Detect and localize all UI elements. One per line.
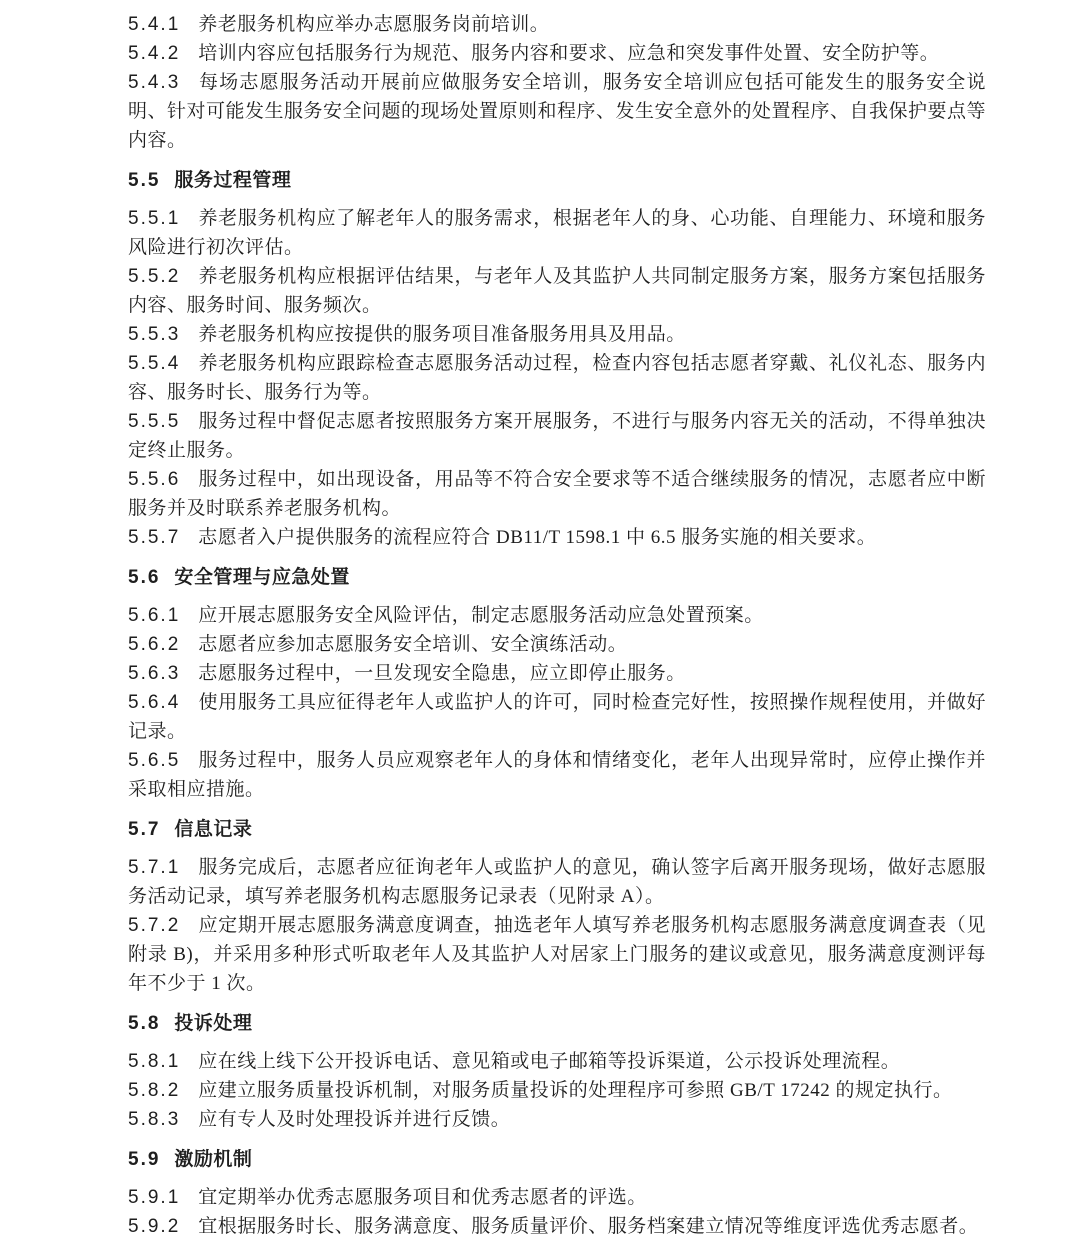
clause-number: 5.4.3 <box>128 72 180 93</box>
clause: 5.6.4使用服务工具应征得老年人或监护人的许可，同时检查完好性，按照操作规程使… <box>128 688 986 746</box>
clause-text: 培训内容应包括服务行为规范、服务内容和要求、应急和突发事件处置、安全防护等。 <box>198 43 939 64</box>
clause-number: 5.5.5 <box>128 411 180 432</box>
clause-number: 5.6.5 <box>128 750 180 771</box>
clause-number: 5.6.4 <box>128 692 180 713</box>
clause-number: 5.5.7 <box>128 527 180 548</box>
clause-text: 宜根据服务时长、服务满意度、服务质量评价、服务档案建立情况等维度评选优秀志愿者。 <box>198 1216 978 1237</box>
clause-text: 应开展志愿服务安全风险评估，制定志愿服务活动应急处置预案。 <box>198 605 764 626</box>
document-content: 5.4.1养老服务机构应举办志愿服务岗前培训。5.4.2培训内容应包括服务行为规… <box>128 10 986 1238</box>
section-heading: 5.5服务过程管理 <box>128 166 986 195</box>
clause-number: 5.5.4 <box>128 353 180 374</box>
clause-number: 5.7.1 <box>128 857 180 878</box>
clause-number: 5.8 <box>128 1013 160 1034</box>
clause: 5.5.1养老服务机构应了解老年人的服务需求，根据老年人的身、心功能、自理能力、… <box>128 204 986 262</box>
clause: 5.6.3志愿服务过程中，一旦发现安全隐患，应立即停止服务。 <box>128 659 986 688</box>
clause-number: 5.5.1 <box>128 208 180 229</box>
clause: 5.5.7志愿者入户提供服务的流程应符合 DB11/T 1598.1 中 6.5… <box>128 523 986 552</box>
clause-text: 养老服务机构应按提供的服务项目准备服务用具及用品。 <box>198 324 686 345</box>
heading-text: 服务过程管理 <box>174 170 291 191</box>
clause-number: 5.9 <box>128 1149 160 1170</box>
clause-text: 使用服务工具应征得老年人或监护人的许可，同时检查完好性，按照操作规程使用，并做好… <box>128 692 986 742</box>
clause: 5.8.2应建立服务质量投诉机制，对服务质量投诉的处理程序可参照 GB/T 17… <box>128 1076 986 1105</box>
heading-text: 安全管理与应急处置 <box>174 567 350 588</box>
clause: 5.4.3每场志愿服务活动开展前应做服务安全培训，服务安全培训应包括可能发生的服… <box>128 68 986 155</box>
clause-number: 5.9.1 <box>128 1187 180 1208</box>
section-heading: 5.6安全管理与应急处置 <box>128 563 986 592</box>
clause-number: 5.5 <box>128 170 160 191</box>
clause-number: 5.8.1 <box>128 1051 180 1072</box>
clause-number: 5.6.1 <box>128 605 180 626</box>
clause: 5.7.1服务完成后，志愿者应征询老年人或监护人的意见，确认签字后离开服务现场，… <box>128 853 986 911</box>
section-heading: 5.9激励机制 <box>128 1145 986 1174</box>
clause: 5.5.2养老服务机构应根据评估结果，与老年人及其监护人共同制定服务方案，服务方… <box>128 262 986 320</box>
clause-text: 服务完成后，志愿者应征询老年人或监护人的意见，确认签字后离开服务现场，做好志愿服… <box>128 857 986 907</box>
clause: 5.5.4养老服务机构应跟踪检查志愿服务活动过程，检查内容包括志愿者穿戴、礼仪礼… <box>128 349 986 407</box>
document-page: 5.4.1养老服务机构应举办志愿服务岗前培训。5.4.2培训内容应包括服务行为规… <box>0 0 1080 1238</box>
clause: 5.6.1应开展志愿服务安全风险评估，制定志愿服务活动应急处置预案。 <box>128 601 986 630</box>
clause-text: 服务过程中督促志愿者按照服务方案开展服务，不进行与服务内容无关的活动，不得单独决… <box>128 411 986 461</box>
clause-text: 志愿者入户提供服务的流程应符合 DB11/T 1598.1 中 6.5 服务实施… <box>198 527 876 548</box>
clause: 5.9.1宜定期举办优秀志愿服务项目和优秀志愿者的评选。 <box>128 1183 986 1212</box>
clause-number: 5.9.2 <box>128 1216 180 1237</box>
clause-text: 应在线上线下公开投诉电话、意见箱或电子邮箱等投诉渠道，公示投诉处理流程。 <box>198 1051 900 1072</box>
clause-number: 5.5.3 <box>128 324 180 345</box>
clause-number: 5.5.2 <box>128 266 180 287</box>
heading-text: 投诉处理 <box>174 1013 252 1034</box>
clause-text: 养老服务机构应了解老年人的服务需求，根据老年人的身、心功能、自理能力、环境和服务… <box>128 208 986 258</box>
clause: 5.6.2志愿者应参加志愿服务安全培训、安全演练活动。 <box>128 630 986 659</box>
section-heading: 5.7信息记录 <box>128 815 986 844</box>
clause: 5.9.2宜根据服务时长、服务满意度、服务质量评价、服务档案建立情况等维度评选优… <box>128 1212 986 1238</box>
clause-text: 服务过程中，服务人员应观察老年人的身体和情绪变化，老年人出现异常时，应停止操作并… <box>128 750 986 800</box>
clause-text: 志愿服务过程中，一旦发现安全隐患，应立即停止服务。 <box>198 663 686 684</box>
clause: 5.4.1养老服务机构应举办志愿服务岗前培训。 <box>128 10 986 39</box>
clause-number: 5.8.2 <box>128 1080 180 1101</box>
clause: 5.4.2培训内容应包括服务行为规范、服务内容和要求、应急和突发事件处置、安全防… <box>128 39 986 68</box>
clause: 5.6.5服务过程中，服务人员应观察老年人的身体和情绪变化，老年人出现异常时，应… <box>128 746 986 804</box>
clause-number: 5.4.1 <box>128 14 180 35</box>
heading-text: 激励机制 <box>174 1149 252 1170</box>
clause-number: 5.4.2 <box>128 43 180 64</box>
clause-number: 5.6.2 <box>128 634 180 655</box>
clause-text: 养老服务机构应跟踪检查志愿服务活动过程，检查内容包括志愿者穿戴、礼仪礼态、服务内… <box>128 353 986 403</box>
clause-text: 宜定期举办优秀志愿服务项目和优秀志愿者的评选。 <box>198 1187 647 1208</box>
clause-number: 5.6 <box>128 567 160 588</box>
clause-text: 服务过程中，如出现设备，用品等不符合安全要求等不适合继续服务的情况，志愿者应中断… <box>128 469 986 519</box>
clause: 5.8.1应在线上线下公开投诉电话、意见箱或电子邮箱等投诉渠道，公示投诉处理流程… <box>128 1047 986 1076</box>
clause-text: 志愿者应参加志愿服务安全培训、安全演练活动。 <box>198 634 627 655</box>
clause-text: 养老服务机构应根据评估结果，与老年人及其监护人共同制定服务方案，服务方案包括服务… <box>128 266 986 316</box>
clause-text: 应建立服务质量投诉机制，对服务质量投诉的处理程序可参照 GB/T 17242 的… <box>198 1080 952 1101</box>
section-heading: 5.8投诉处理 <box>128 1009 986 1038</box>
clause: 5.5.6服务过程中，如出现设备，用品等不符合安全要求等不适合继续服务的情况，志… <box>128 465 986 523</box>
clause-number: 5.6.3 <box>128 663 180 684</box>
clause: 5.5.5服务过程中督促志愿者按照服务方案开展服务，不进行与服务内容无关的活动，… <box>128 407 986 465</box>
clause-number: 5.5.6 <box>128 469 180 490</box>
heading-text: 信息记录 <box>174 819 252 840</box>
clause: 5.7.2应定期开展志愿服务满意度调查，抽选老年人填写养老服务机构志愿服务满意度… <box>128 911 986 998</box>
clause: 5.5.3养老服务机构应按提供的服务项目准备服务用具及用品。 <box>128 320 986 349</box>
clause-text: 养老服务机构应举办志愿服务岗前培训。 <box>198 14 549 35</box>
clause-text: 应有专人及时处理投诉并进行反馈。 <box>198 1109 510 1130</box>
clause-text: 每场志愿服务活动开展前应做服务安全培训，服务安全培训应包括可能发生的服务安全说明… <box>128 72 986 151</box>
clause-number: 5.7.2 <box>128 915 180 936</box>
clause-number: 5.8.3 <box>128 1109 180 1130</box>
clause: 5.8.3应有专人及时处理投诉并进行反馈。 <box>128 1105 986 1134</box>
clause-number: 5.7 <box>128 819 160 840</box>
clause-text: 应定期开展志愿服务满意度调查，抽选老年人填写养老服务机构志愿服务满意度调查表（见… <box>128 915 986 994</box>
